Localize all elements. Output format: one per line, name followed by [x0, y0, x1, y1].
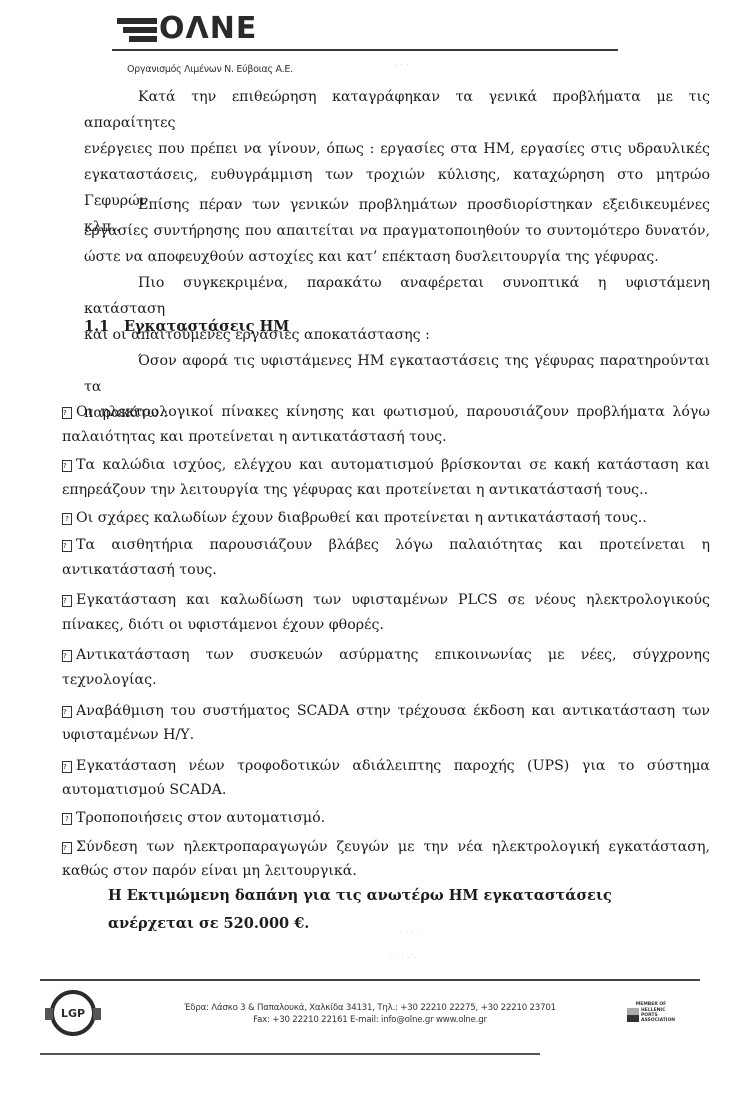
section-title: Εγκαταστάσεις ΗΜ — [124, 318, 289, 335]
organization-name: Οργανισμός Λιμένων Ν. Εύβοιας Α.Ε. — [127, 64, 293, 75]
bullet-item: ?Τροποποιήσεις στον αυτοματισμό. — [62, 806, 710, 831]
text-line: εργασίες συντήρησης που απαιτείται να πρ… — [84, 218, 710, 244]
text-line: ?Τροποποιήσεις στον αυτοματισμό. — [62, 806, 710, 831]
text-line: ?Τα αισθητήρια παρουσιάζουν βλάβες λόγω … — [62, 533, 710, 558]
hellenic-ports-member-badge: MEMBER OF HELLENIC PORTS ASSOCIATION — [627, 1002, 675, 1023]
text-line: παλαιότητας και προτείνεται η αντικατάστ… — [62, 425, 710, 450]
text-line: επηρεάζουν την λειτουργία της γέφυρας κα… — [62, 478, 710, 503]
text-line: ?Εγκατάσταση νέων τροφοδοτικών αδιάλειπτ… — [62, 754, 710, 779]
header-divider — [112, 49, 618, 51]
bullet-item: ?Αναβάθμιση του συστήματος SCADA στην τρ… — [62, 699, 710, 748]
bullet-item: ?Αντικατάσταση των συσκευών ασύρματης επ… — [62, 643, 710, 692]
text-line: ώστε να αποφευχθούν αστοχίες και κατ’ επ… — [84, 244, 710, 270]
missing-glyph-bullet-icon: ? — [62, 650, 72, 662]
text-line: ?Οι σχάρες καλωδίων έχουν διαβρωθεί και … — [62, 506, 710, 531]
text-line: Πιο συγκεκριμένα, παρακάτω αναφέρεται συ… — [84, 270, 710, 322]
cost-amount: ανέρχεται σε 520.000 €. — [108, 910, 612, 938]
section-number: 1.1 — [84, 318, 124, 335]
member-line: ASSOCIATION — [641, 1018, 675, 1023]
text-line: ?Σύνδεση των ηλεκτροπαραγωγών ζευγών με … — [62, 835, 710, 860]
missing-glyph-bullet-icon: ? — [62, 540, 72, 552]
footer-divider-top — [40, 979, 700, 981]
bullet-item: ?Σύνδεση των ηλεκτροπαραγωγών ζευγών με … — [62, 835, 710, 884]
olne-logo: ΟΛΝΕ — [117, 14, 257, 44]
missing-glyph-bullet-icon: ? — [62, 813, 72, 825]
missing-glyph-bullet-icon: ? — [62, 460, 72, 472]
scan-speck: · · · · · — [390, 955, 416, 962]
text-line: ενέργειες που πρέπει να γίνουν, όπως : ε… — [84, 136, 710, 162]
missing-glyph-bullet-icon: ? — [62, 407, 72, 419]
missing-glyph-bullet-icon: ? — [62, 513, 72, 525]
logo-stripes-icon — [117, 16, 157, 42]
text-line: Κατά την επιθεώρηση καταγράφηκαν τα γενι… — [84, 84, 710, 136]
footer-divider-bottom — [40, 1053, 540, 1055]
paragraph-summary: Πιο συγκεκριμένα, παρακάτω αναφέρεται συ… — [84, 270, 710, 348]
section-heading: 1.1Εγκαταστάσεις ΗΜ — [84, 318, 289, 335]
member-of-label: MEMBER OF — [627, 1002, 675, 1007]
text-line: ?Οι ηλεκτρολογικοί πίνακες κίνησης και φ… — [62, 400, 710, 425]
bullet-item: ?Τα καλώδια ισχύος, ελέγχου και αυτοματι… — [62, 453, 710, 502]
certification-seal-icon: LGP — [50, 990, 96, 1036]
document-page: ΟΛΝΕ Οργανισμός Λιμένων Ν. Εύβοιας Α.Ε. … — [0, 0, 740, 1099]
text-line: αντικατάστασή τους. — [62, 558, 710, 583]
text-line: υφισταμένων Η/Υ. — [62, 723, 710, 748]
text-line: ?Αναβάθμιση του συστήματος SCADA στην τρ… — [62, 699, 710, 724]
bullet-item: ?Εγκατάσταση και καλωδίωση των υφισταμέν… — [62, 588, 710, 637]
logo-text: ΟΛΝΕ — [159, 14, 257, 44]
bullet-item: ?Οι ηλεκτρολογικοί πίνακες κίνησης και φ… — [62, 400, 710, 449]
text-line: Όσον αφορά τις υφιστάμενες ΗΜ εγκαταστάσ… — [84, 348, 710, 400]
text-line: Επίσης πέραν των γενικών προβλημάτων προ… — [84, 192, 710, 218]
text-line: πίνακες, διότι οι υφιστάμενοι έχουν φθορ… — [62, 613, 710, 638]
seal-text: LGP — [61, 1007, 85, 1020]
missing-glyph-bullet-icon: ? — [62, 761, 72, 773]
missing-glyph-bullet-icon: ? — [62, 706, 72, 718]
paragraph-specialized-works: Επίσης πέραν των γενικών προβλημάτων προ… — [84, 192, 710, 270]
text-line: ?Αντικατάσταση των συσκευών ασύρματης επ… — [62, 643, 710, 668]
cost-estimate: Η Εκτιμώμενη δαπάνη για τις ανωτέρω ΗΜ ε… — [108, 882, 612, 938]
bullet-item: ?Εγκατάσταση νέων τροφοδοτικών αδιάλειπτ… — [62, 754, 710, 803]
text-line: αυτοματισμού SCADA. — [62, 778, 710, 803]
missing-glyph-bullet-icon: ? — [62, 842, 72, 854]
bullet-item: ?Οι σχάρες καλωδίων έχουν διαβρωθεί και … — [62, 506, 710, 531]
cost-line: Η Εκτιμώμενη δαπάνη για τις ανωτέρω ΗΜ ε… — [108, 882, 612, 910]
hpa-flag-icon — [627, 1008, 639, 1022]
text-line: τεχνολογίας. — [62, 668, 710, 693]
bullet-item: ?Τα αισθητήρια παρουσιάζουν βλάβες λόγω … — [62, 533, 710, 582]
address-line: Έδρα: Λάσκο 3 & Παπαλουκά, Χαλκίδα 34131… — [150, 1002, 590, 1014]
text-line: ?Εγκατάσταση και καλωδίωση των υφισταμέν… — [62, 588, 710, 613]
contact-line: Fax: +30 22210 22161 E-mail: info@olne.g… — [150, 1014, 590, 1026]
text-line: καθώς στον παρόν είναι μη λειτουργικά. — [62, 859, 710, 884]
scan-speck: · · · — [395, 62, 410, 69]
bullet-list: ?Οι ηλεκτρολογικοί πίνακες κίνησης και φ… — [62, 400, 710, 884]
scan-speck: · · · · — [400, 930, 420, 937]
missing-glyph-bullet-icon: ? — [62, 595, 72, 607]
text-line: ?Τα καλώδια ισχύος, ελέγχου και αυτοματι… — [62, 453, 710, 478]
footer-address: Έδρα: Λάσκο 3 & Παπαλουκά, Χαλκίδα 34131… — [150, 1002, 590, 1026]
